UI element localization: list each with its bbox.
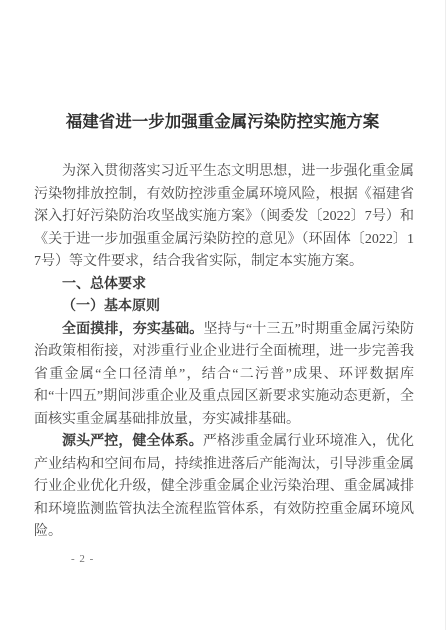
document-body: 为深入贯彻落实习近平生态文明思想，进一步强化重金属污染物排放控制，有效防控涉重金… xyxy=(34,161,414,544)
page-number: - 2 - xyxy=(71,552,94,566)
principle-paragraph-2: 源头严控，健全体系。严格涉重金属行业环境准入，优化产业结构和空间布局，持续推进落… xyxy=(34,431,414,544)
intro-paragraph: 为深入贯彻落实习近平生态文明思想，进一步强化重金属污染物排放控制，有效防控涉重金… xyxy=(34,161,414,274)
document-page: 福建省进一步加强重金属污染防控实施方案 为深入贯彻落实习近平生态文明思想，进一步… xyxy=(0,0,446,630)
principle-lead-2: 源头严控，健全体系。 xyxy=(62,434,203,449)
principle-text-1: 坚持与“十三五”时期重金属污染防治政策相衔接，对涉重行业企业进行全面梳理，进一步… xyxy=(34,322,414,427)
section-heading: 一、总体要求 xyxy=(34,274,414,297)
principle-lead-1: 全面摸排，夯实基础。 xyxy=(62,322,203,337)
subsection-heading: （一）基本原则 xyxy=(34,296,414,319)
principle-text-2: 严格涉重金属行业环境准入，优化产业结构和空间布局，持续推进落后产能淘汰，引导涉重… xyxy=(34,434,414,539)
principle-paragraph-1: 全面摸排，夯实基础。坚持与“十三五”时期重金属污染防治政策相衔接，对涉重行业企业… xyxy=(34,319,414,432)
document-title: 福建省进一步加强重金属污染防控实施方案 xyxy=(0,110,445,134)
